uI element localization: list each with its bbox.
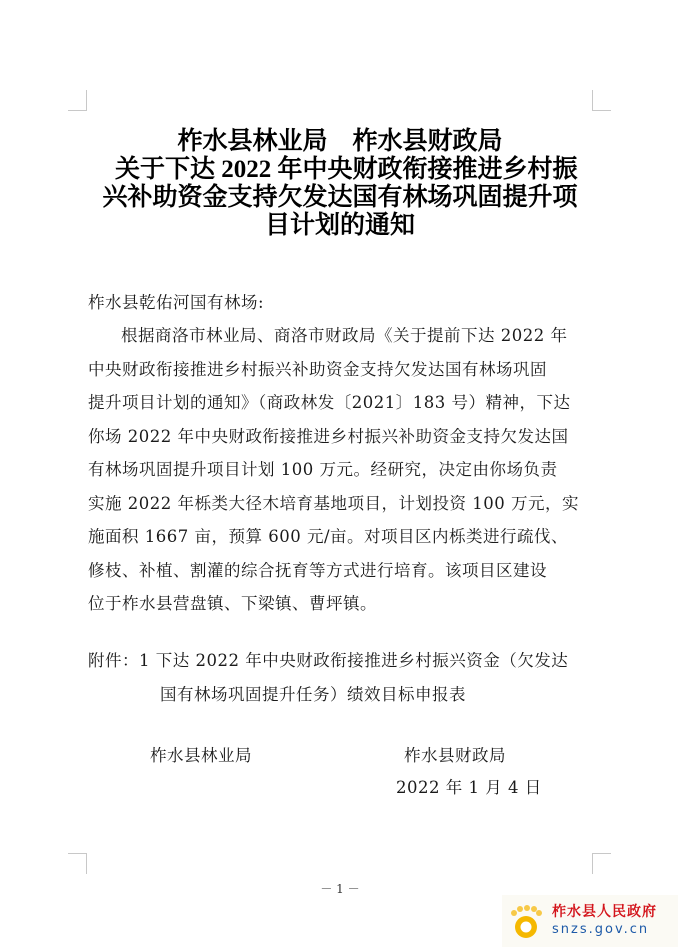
paragraph-line: 施面积 1667 亩，预算 600 元/亩。对项目区内栎类进行疏伐、 <box>88 520 608 554</box>
body-paragraph: 根据商洛市林业局、商洛市财政局《关于提前下达 2022 年 中央财政衔接推进乡村… <box>88 319 608 621</box>
paragraph-line: 中央财政衔接推进乡村振兴补助资金支持欠发达国有林场巩固 <box>88 353 608 387</box>
attachment-line: 附件：1 下达 2022 年中央财政衔接推进乡村振兴资金（欠发达 <box>88 644 608 678</box>
title-line: 目计划的通知 <box>0 212 680 240</box>
title-line: 柞水县林业局 柞水县财政局 <box>0 128 680 156</box>
crop-mark-top-right <box>592 90 611 111</box>
site-name: 柞水县人民政府 <box>552 903 657 921</box>
crop-mark-bottom-left <box>68 853 87 874</box>
attachment-line: 国有林场巩固提升任务）绩效目标申报表 <box>88 678 608 712</box>
paragraph-line: 根据商洛市林业局、商洛市财政局《关于提前下达 2022 年 <box>88 319 608 353</box>
site-url: snzs.gov.cn <box>552 921 657 939</box>
recipient: 柞水县乾佑河国有林场: <box>88 286 608 320</box>
paragraph-line: 你场 2022 年中央财政衔接推进乡村振兴补助资金支持欠发达国 <box>88 420 608 454</box>
paragraph-line: 有林场巩固提升项目计划 100 万元。经研究，决定由你场负责 <box>88 453 608 487</box>
document-title: 柞水县林业局 柞水县财政局 关于下达 2022 年中央财政衔接推进乡村振 兴补助… <box>0 128 680 240</box>
signature-forestry-bureau: 柞水县林业局 <box>150 742 252 766</box>
paragraph-line: 位于柞水县营盘镇、下梁镇、曹坪镇。 <box>88 587 608 621</box>
title-line: 兴补助资金支持欠发达国有林场巩固提升项 <box>0 184 680 212</box>
paragraph-line: 提升项目计划的通知》（商政林发〔2021〕183 号）精神，下达 <box>88 386 608 420</box>
signature-finance-bureau: 柞水县财政局 <box>404 742 506 766</box>
crop-mark-top-left <box>68 90 87 111</box>
paragraph-line: 实施 2022 年栎类大径木培育基地项目，计划投资 100 万元，实 <box>88 487 608 521</box>
attachment-note: 附件：1 下达 2022 年中央财政衔接推进乡村振兴资金（欠发达 国有林场巩固提… <box>88 644 608 711</box>
crop-mark-bottom-right <box>592 853 611 874</box>
paragraph-line: 修枝、补植、割灌的综合抚育等方式进行培育。该项目区建设 <box>88 554 608 588</box>
site-watermark: 柞水县人民政府 snzs.gov.cn <box>502 895 678 947</box>
title-line: 关于下达 2022 年中央财政衔接推进乡村振 <box>0 156 680 184</box>
sun-logo-icon <box>506 901 546 941</box>
issue-date: 2022 年 1 月 4 日 <box>396 774 542 798</box>
